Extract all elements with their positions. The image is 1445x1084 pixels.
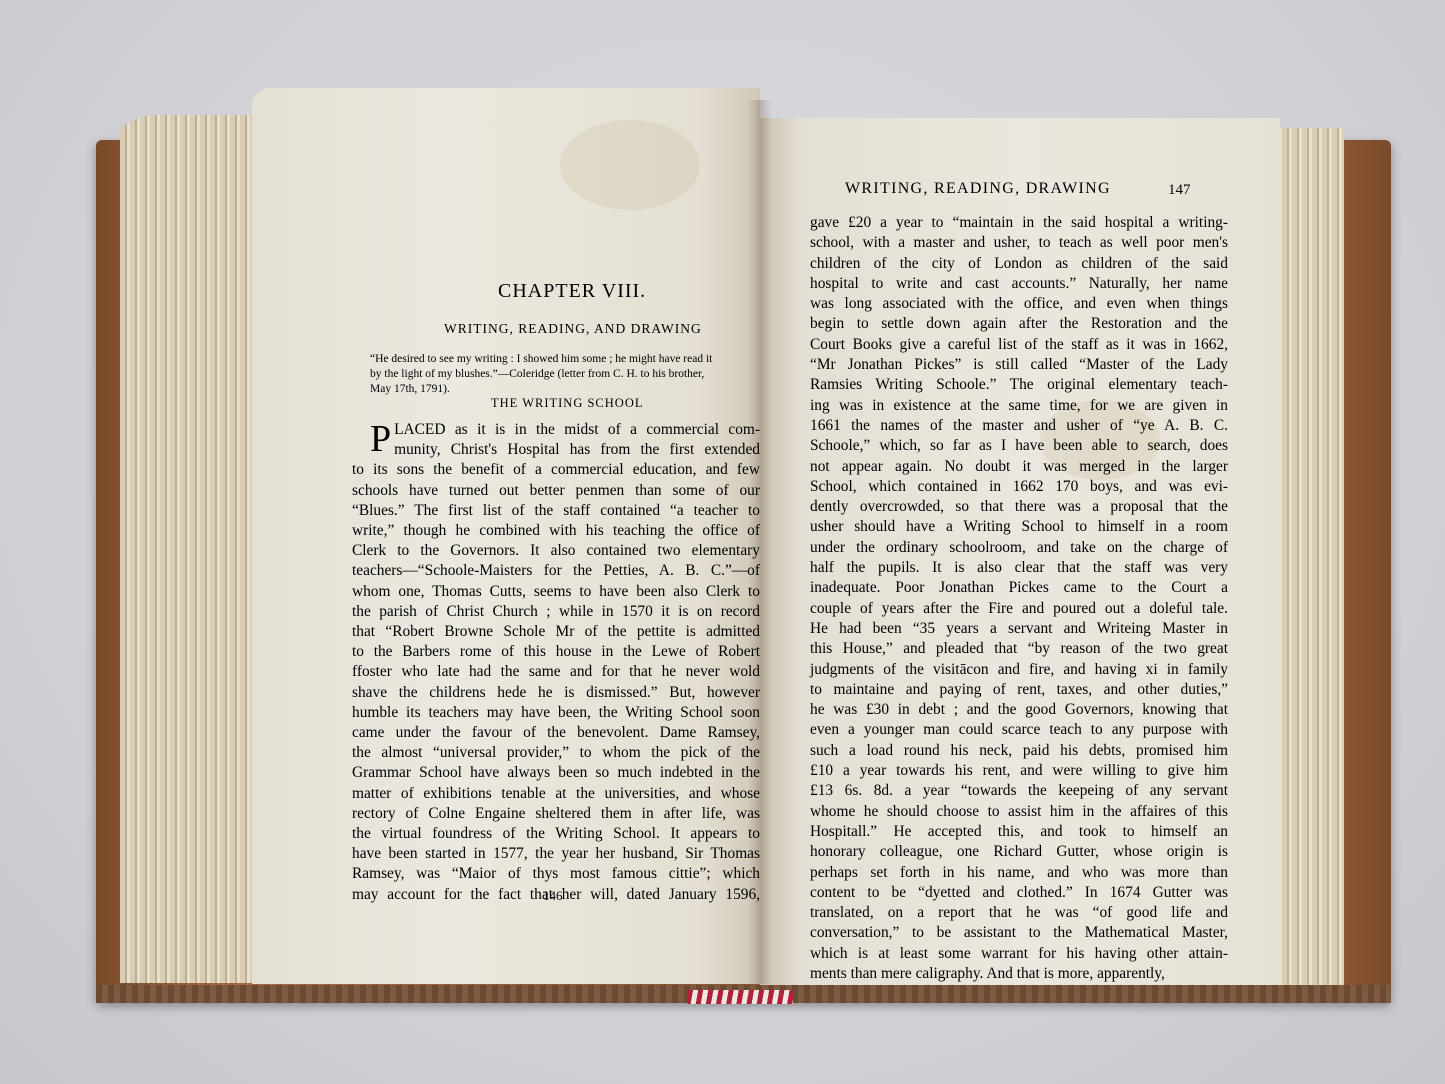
text-line: teachers—“Schoole-Maisters for the Petti… <box>352 561 760 581</box>
text-line: half the pupils. It is also clear that t… <box>810 558 1228 578</box>
text-line: shave the childrens hede he is dismissed… <box>352 683 760 703</box>
text-line: under the ordinary schoolroom, and take … <box>810 538 1228 558</box>
text-line: School, which contained in 1662 170 boys… <box>810 477 1228 497</box>
text-line: Clerk to the Governors. It also containe… <box>352 541 760 561</box>
text-line: Hospitall.” He accepted this, and took t… <box>810 822 1228 842</box>
left-body-text: P LACED as it is in the midst of a comme… <box>352 420 760 905</box>
text-line: the almost “universal provider,” to whom… <box>352 743 760 763</box>
text-line: usher should have a Writing School to hi… <box>810 517 1228 537</box>
section-title: THE WRITING SCHOOL <box>491 396 643 411</box>
text-line: munity, Christ's Hospital has from the f… <box>352 440 760 460</box>
text-line: he was £30 in debt ; and the good Govern… <box>810 700 1228 720</box>
text-line: 1661 the names of the master and usher o… <box>810 416 1228 436</box>
text-line: ffoster who late had the same and for th… <box>352 662 760 682</box>
text-line: honorary colleague, one Richard Gutter, … <box>810 842 1228 862</box>
text-line: Ramsies Writing Schoole.” The original e… <box>810 375 1228 395</box>
text-line: translated, on a report that he was “of … <box>810 903 1228 923</box>
page-number-right: 147 <box>1168 182 1191 199</box>
text-line: humble its teachers may have been, the W… <box>352 703 760 723</box>
text-line: Grammar School have always been so much … <box>352 763 760 783</box>
text-line: gave £20 a year to “maintain in the said… <box>810 213 1228 233</box>
text-line: content to be “dyetted and clothed.” In … <box>810 883 1228 903</box>
chapter-title: CHAPTER VIII. <box>498 280 646 303</box>
epigraph-line: “He desired to see my writing : I showed… <box>370 352 762 367</box>
chapter-subtitle: WRITING, READING, AND DRAWING <box>444 321 702 337</box>
epigraph-line: by the light of my blushes.”—Coleridge (… <box>370 367 762 382</box>
epigraph: “He desired to see my writing : I showed… <box>370 352 762 397</box>
text-line: ing was in existence at the same time, f… <box>810 396 1228 416</box>
text-line: whome he should choose to assist him in … <box>810 802 1228 822</box>
text-line: not appear again. No doubt it was merged… <box>810 457 1228 477</box>
text-line: LACED as it is in the midst of a commerc… <box>352 420 760 440</box>
headband <box>688 990 793 1004</box>
text-line: £13 6s. 8d. a year “towards the keepeing… <box>810 781 1228 801</box>
page-number-left: 146 <box>543 888 563 904</box>
text-line: came under the favour of the benevolent.… <box>352 723 760 743</box>
text-line: inadequate. Poor Jonathan Pickes came to… <box>810 578 1228 598</box>
text-line: hospital to write and cast accounts.” Na… <box>810 274 1228 294</box>
text-line: rectory of Colne Engaine sheltered them … <box>352 804 760 824</box>
drop-cap: P <box>370 422 391 456</box>
text-line: schools have turned out better penmen th… <box>352 481 760 501</box>
text-line: Ramsey, was “Maior of thys most famous c… <box>352 864 760 884</box>
text-line: write,” though he combined with his teac… <box>352 521 760 541</box>
text-line: judgments of the visitācon and fire, and… <box>810 660 1228 680</box>
text-line: “Blues.” The first list of the staff con… <box>352 501 760 521</box>
text-line: to its sons the benefit of a commercial … <box>352 460 760 480</box>
right-body-text: gave £20 a year to “maintain in the said… <box>810 213 1228 984</box>
text-line: matter of exhibitions tenable at the uni… <box>352 784 760 804</box>
text-line: Court Books give a careful list of the s… <box>810 335 1228 355</box>
text-line: perhaps set forth in his name, and who w… <box>810 863 1228 883</box>
text-line: conversation,” to be assistant to the Ma… <box>810 923 1228 943</box>
running-head: WRITING, READING, DRAWING <box>845 180 1111 198</box>
text-line: such a load round his neck, paid his deb… <box>810 741 1228 761</box>
text-line: which is at least some warrant for his h… <box>810 944 1228 964</box>
text-line: Schoole,” which, so far as I have been a… <box>810 436 1228 456</box>
text-line: children of the city of London as childr… <box>810 254 1228 274</box>
text-line: have been started in 1577, the year her … <box>352 844 760 864</box>
text-line: was long associated with the office, and… <box>810 294 1228 314</box>
text-line: begin to settle down again after the Res… <box>810 314 1228 334</box>
text-line: this House,” and pleaded that “by reason… <box>810 639 1228 659</box>
text-line: that “Robert Browne Schole Mr of the pet… <box>352 622 760 642</box>
text-line: the virtual foundress of the Writing Sch… <box>352 824 760 844</box>
text-line: He had been “35 years a servant and Writ… <box>810 619 1228 639</box>
text-line: whom one, Thomas Cutts, seems to have be… <box>352 582 760 602</box>
text-line: ments than mere caligraphy. And that is … <box>810 964 1228 984</box>
text-line: to the Barbers rome of this house in the… <box>352 642 760 662</box>
text-line: dently overcrowded, so that there was a … <box>810 497 1228 517</box>
text-line: “Mr Jonathan Pickes” is still called “Ma… <box>810 355 1228 375</box>
text-line: school, with a master and usher, to teac… <box>810 233 1228 253</box>
text-line: even a younger man could scarce teach to… <box>810 720 1228 740</box>
page-stain <box>560 120 700 210</box>
text-line: couple of years after the Fire and poure… <box>810 599 1228 619</box>
text-line: the parish of Christ Church ; while in 1… <box>352 602 760 622</box>
epigraph-line: May 17th, 1791). <box>370 382 762 397</box>
text-line: £10 a year towards his rent, and were wi… <box>810 761 1228 781</box>
text-line: to maintaine and paying of rent, taxes, … <box>810 680 1228 700</box>
